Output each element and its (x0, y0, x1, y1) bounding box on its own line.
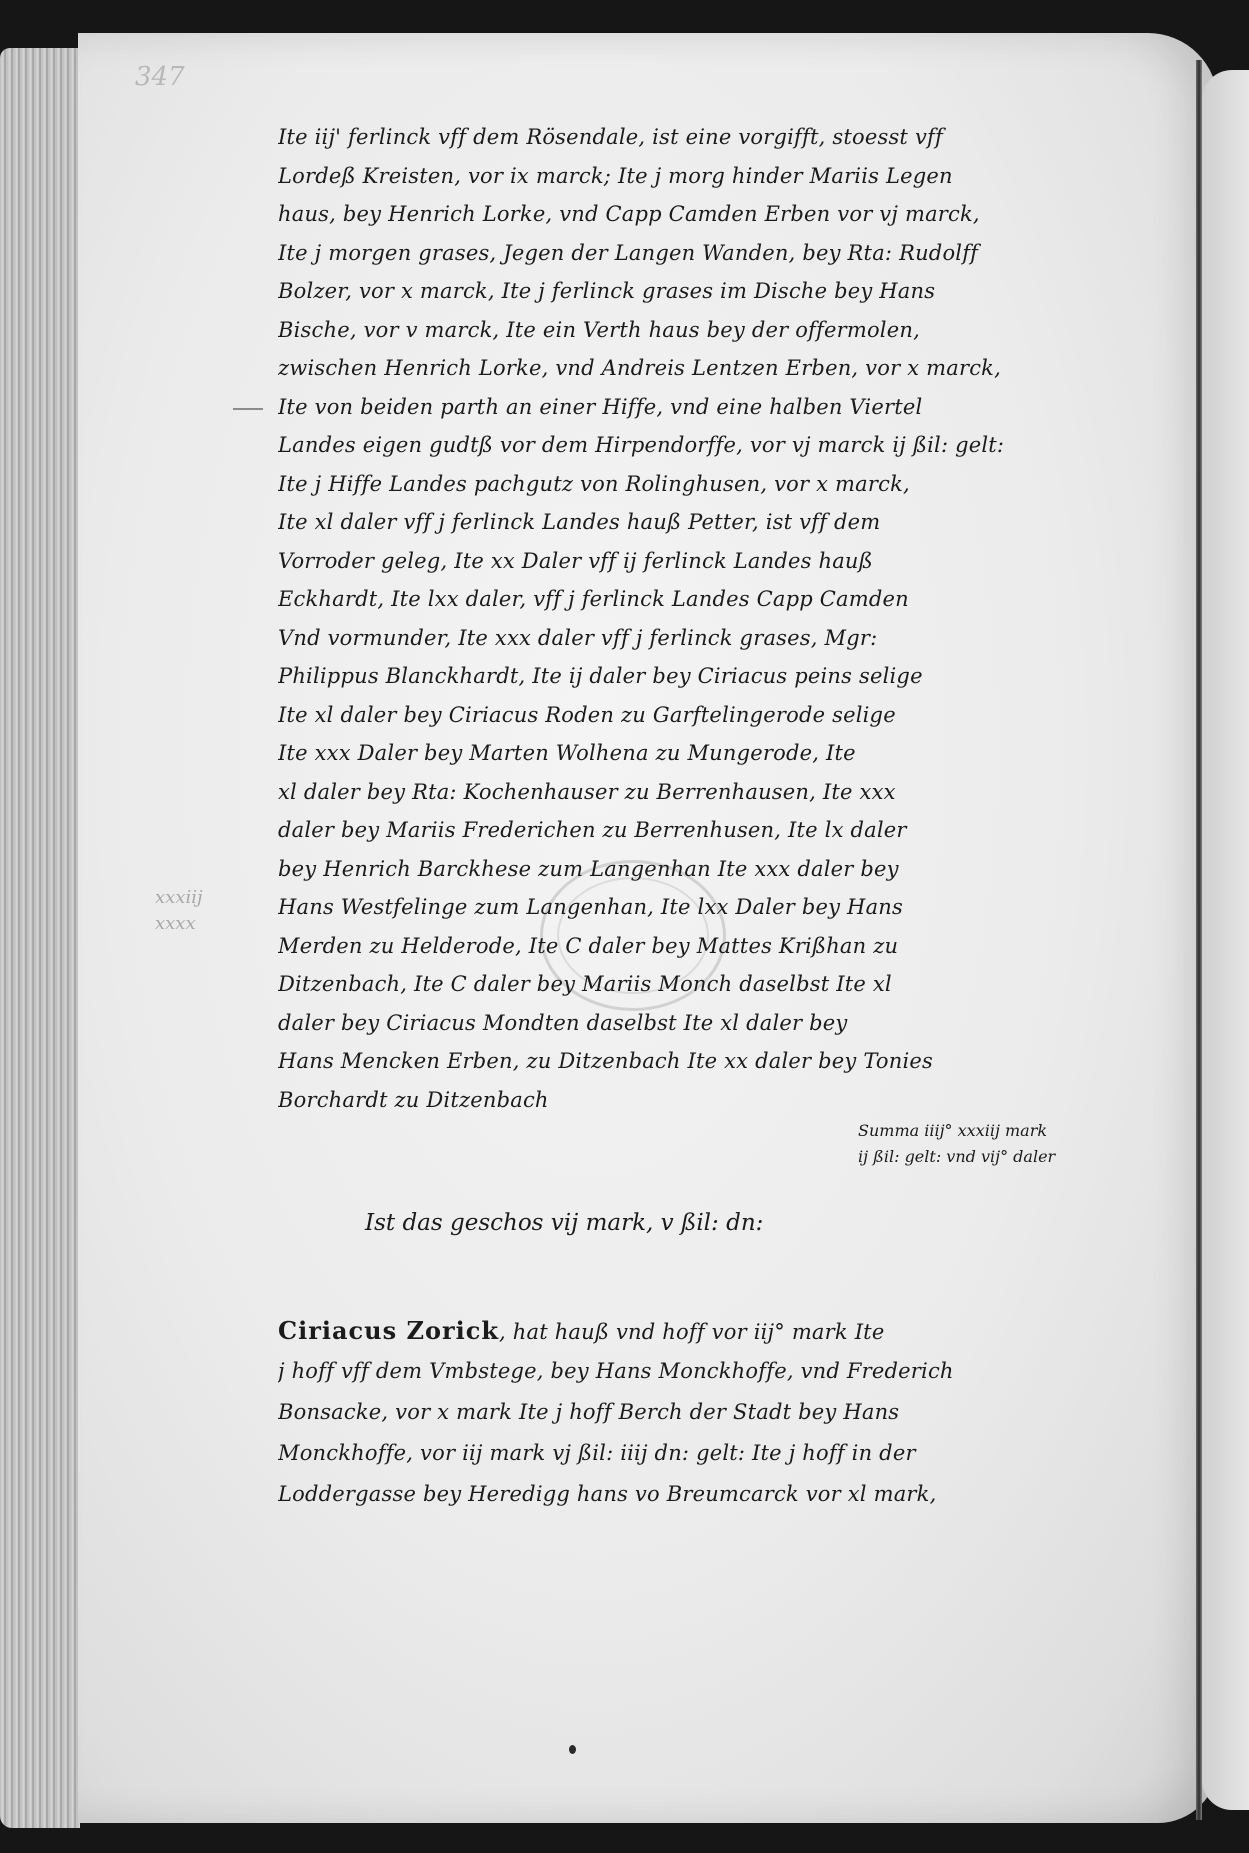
text-line: Ite iij' ferlinck vff dem Rösendale, ist… (278, 118, 1158, 157)
summa-line: Summa iiij° xxxiij mark (858, 1118, 1158, 1144)
text-line: Hans Westfelinge zum Langenhan, Ite lxx … (278, 888, 1158, 927)
text-line: xl daler bey Rta: Kochenhauser zu Berren… (278, 773, 1158, 812)
book-fore-edge (0, 48, 80, 1828)
second-entry: Ciriacus Zorick, hat hauß vnd hoff vor i… (278, 1310, 1158, 1515)
main-entry-text: Ite iij' ferlinck vff dem Rösendale, ist… (278, 118, 1158, 1119)
text-line: Vnd vormunder, Ite xxx daler vff j ferli… (278, 619, 1158, 658)
ink-blot (569, 1745, 576, 1754)
text-line: Bolzer, vor x marck, Ite j ferlinck gras… (278, 272, 1158, 311)
text-line: Landes eigen gudtß vor dem Hirpendorffe,… (278, 426, 1158, 465)
text-line: Bische, vor v marck, Ite ein Verth haus … (278, 311, 1158, 350)
text-line: Ite von beiden parth an einer Hiffe, vnd… (278, 388, 1158, 427)
facing-page-edge (1202, 70, 1249, 1810)
text-line: Ite xxx Daler bey Marten Wolhena zu Mung… (278, 734, 1158, 773)
text-line: Ite xl daler vff j ferlinck Landes hauß … (278, 503, 1158, 542)
text-line: daler bey Mariis Frederichen zu Berrenhu… (278, 811, 1158, 850)
text-line: bey Henrich Barckhese zum Langenhan Ite … (278, 850, 1158, 889)
entry-heading-name: Ciriacus Zorick (278, 1316, 499, 1345)
text-line: Ite xl daler bey Ciriacus Roden zu Garft… (278, 696, 1158, 735)
text-line: zwischen Henrich Lorke, vnd Andreis Lent… (278, 349, 1158, 388)
text-line: Vorroder geleg, Ite xx Daler vff ij ferl… (278, 542, 1158, 581)
text-line: Lordeß Kreisten, vor ix marck; Ite j mor… (278, 157, 1158, 196)
folio-number: 347 (135, 62, 185, 92)
text-line: Eckhardt, Ite lxx daler, vff j ferlinck … (278, 580, 1158, 619)
margin-dash-mark (233, 408, 263, 410)
bleed-through-ink (280, 1090, 980, 1270)
summa-line: ij ßil: gelt: vnd vij° daler (858, 1144, 1158, 1170)
text-line: Ite j Hiffe Landes pachgutz von Rolinghu… (278, 465, 1158, 504)
text-line: daler bey Ciriacus Mondten daselbst Ite … (278, 1004, 1158, 1043)
tax-subtotal-line: Ist das geschos vij mark, v ßil: dn: (365, 1210, 763, 1236)
text-line: Monckhoffe, vor iij mark vj ßil: iiij dn… (278, 1433, 1158, 1474)
text-line: , hat hauß vnd hoff vor iij° mark Ite (499, 1320, 884, 1344)
text-line: Merden zu Helderode, Ite C daler bey Mat… (278, 927, 1158, 966)
summa-total-note: Summa iiij° xxxiij mark ij ßil: gelt: vn… (858, 1118, 1158, 1170)
text-line: Ditzenbach, Ite C daler bey Mariis Monch… (278, 965, 1158, 1004)
faint-margin-note: xxxiij xxxx (155, 885, 203, 937)
text-line: Ite j morgen grases, Jegen der Langen Wa… (278, 234, 1158, 273)
text-line: Philippus Blanckhardt, Ite ij daler bey … (278, 657, 1158, 696)
text-line: j hoff vff dem Vmbstege, bey Hans Monckh… (278, 1351, 1158, 1392)
text-line: haus, bey Henrich Lorke, vnd Capp Camden… (278, 195, 1158, 234)
text-line: Loddergasse bey Heredigg hans vo Breumca… (278, 1474, 1158, 1515)
text-line: Hans Mencken Erben, zu Ditzenbach Ite xx… (278, 1042, 1158, 1081)
text-line: Bonsacke, vor x mark Ite j hoff Berch de… (278, 1392, 1158, 1433)
